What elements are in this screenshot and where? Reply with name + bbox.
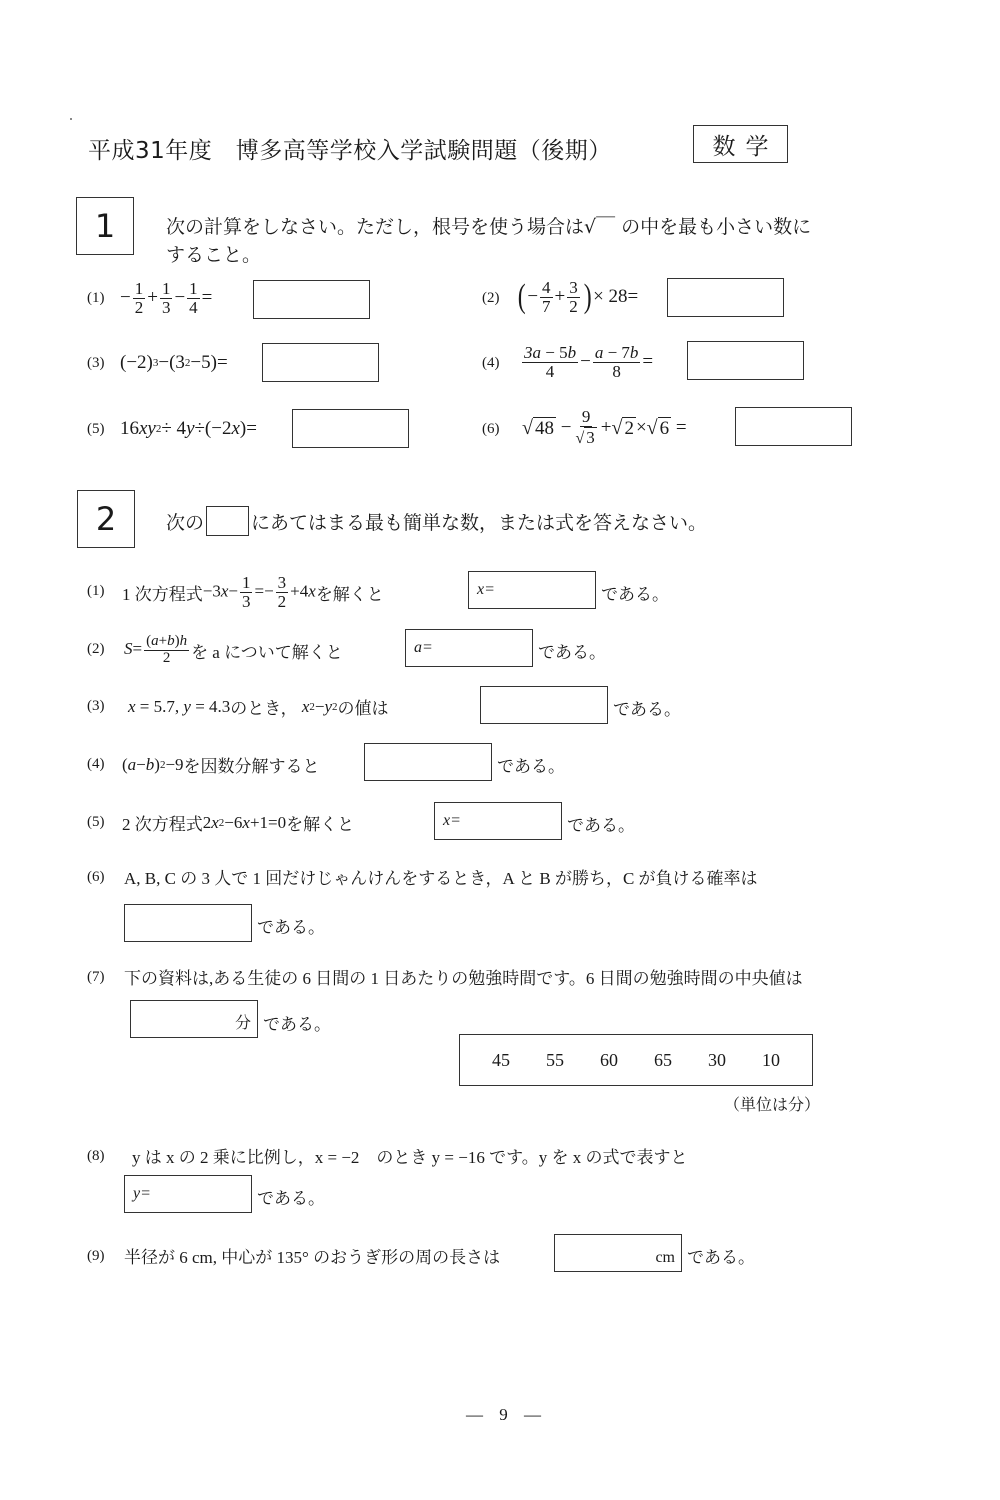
question-number: (5) (87, 814, 105, 831)
question-2-4-text: (a−b)2−9を因数分解すると (122, 752, 320, 777)
question-number: (3) (87, 698, 105, 715)
study-time-data-table: 45 55 60 65 30 10 (459, 1034, 813, 1086)
answer-prefix: x= (435, 803, 561, 839)
question-number: (2) (482, 290, 500, 307)
question-2-9-text: 半径が 6 cm, 中心が 135° のおうぎ形の周の長さは (124, 1243, 500, 1268)
question-number: (1) (87, 290, 105, 307)
question-number: (9) (87, 1248, 105, 1265)
unit-note: （単位は分） (724, 1092, 820, 1115)
instruction-text: の中を最も小さい数に (615, 216, 811, 238)
question-number: (6) (87, 869, 105, 886)
answer-box-2-3[interactable] (480, 686, 608, 724)
answer-box-2-6[interactable] (124, 904, 252, 942)
answer-box-2-4[interactable] (364, 743, 492, 781)
question-number: (8) (87, 1148, 105, 1165)
answer-box-2-8[interactable]: y= (124, 1175, 252, 1213)
answer-box-1-5[interactable] (292, 409, 409, 448)
question-text: 1 次方程式 (122, 580, 203, 605)
answer-box-1-6[interactable] (735, 407, 852, 446)
answer-box-1-4[interactable] (687, 341, 804, 380)
answer-prefix: x= (469, 572, 595, 608)
question-1-1-expression: −12+13−14= (120, 276, 212, 320)
question-2-5-text: 2 次方程式 2x2−6x+1=0 を解くと (122, 810, 354, 835)
question-1-5-expression: 16xy2÷ 4y÷(−2x)= (120, 416, 257, 442)
answer-prefix: a= (406, 630, 532, 666)
page-number: — 9 — (466, 1405, 547, 1425)
question-2-6-text: A, B, C の 3 人で 1 回だけじゃんけんをするとき，A と B が勝ち… (124, 864, 758, 889)
question-number: (4) (482, 355, 500, 372)
answer-box-2-5[interactable]: x= (434, 802, 562, 840)
question-number: (2) (87, 641, 105, 658)
answer-box-1-3[interactable] (262, 343, 379, 382)
instruction-text: 次の (166, 508, 204, 535)
question-1-2-expression: (−47+32)× 28= (516, 274, 638, 320)
question-suffix: である。 (601, 580, 669, 605)
question-number: (1) (87, 583, 105, 600)
section-1-instruction-line2: すること。 (166, 240, 261, 267)
instruction-blank-box (206, 506, 249, 536)
answer-box-2-2[interactable]: a= (405, 629, 533, 667)
question-suffix: である。 (613, 695, 681, 720)
answer-prefix: y= (125, 1176, 251, 1212)
question-2-7-text: 下の資料は,ある生徒の 6 日間の 1 日あたりの勉強時間です。6 日間の勉強時… (124, 964, 803, 989)
question-number: (3) (87, 355, 105, 372)
question-1-4-expression: 3a − 5b4−a − 7b8= (520, 340, 653, 384)
answer-box-1-1[interactable] (253, 280, 370, 319)
answer-unit: cm (655, 1249, 675, 1267)
question-text: を因数分解すると (184, 752, 320, 777)
question-suffix: である。 (257, 1184, 325, 1209)
answer-box-1-2[interactable] (667, 278, 784, 317)
question-number: (4) (87, 756, 105, 773)
question-number: (5) (87, 421, 105, 438)
question-number: (6) (482, 421, 500, 438)
instruction-text: にあてはまる最も簡単な数，または式を答えなさい。 (251, 508, 707, 535)
instruction-text: 次の計算をしなさい。ただし，根号を使う場合は (166, 216, 584, 238)
section-1-number: 1 (76, 197, 134, 255)
answer-box-2-7[interactable]: 分 (130, 1000, 258, 1038)
data-value: 10 (762, 1050, 780, 1071)
question-1-6-expression: √48 −9√3+√2×√6 = (522, 404, 687, 452)
section-2-number: 2 (77, 490, 135, 548)
data-value: 45 (492, 1050, 510, 1071)
data-value: 60 (600, 1050, 618, 1071)
question-suffix: である。 (567, 811, 635, 836)
answer-box-2-1[interactable]: x= (468, 571, 596, 609)
question-number: (7) (87, 969, 105, 986)
data-value: 65 (654, 1050, 672, 1071)
section-2-instruction: 次の にあてはまる最も簡単な数，または式を答えなさい。 (166, 506, 707, 536)
answer-box-2-9[interactable]: cm (554, 1234, 682, 1272)
question-2-2-text: S=(a+b)h2 を a について解くと (124, 628, 343, 672)
sqrt-symbol: √￣ (584, 216, 615, 238)
section-1-instruction-line1: 次の計算をしなさい。ただし，根号を使う場合は√￣ の中を最も小さい数に (166, 212, 811, 239)
data-value: 55 (546, 1050, 564, 1071)
question-text: を a について解くと (191, 638, 343, 663)
question-text: を解くと (286, 810, 354, 835)
subject-label: 数学 (693, 125, 788, 163)
question-text: の値は (338, 694, 389, 719)
scan-speck (70, 118, 72, 120)
question-suffix: である。 (257, 913, 325, 938)
exam-title: 平成31年度 博多高等学校入学試験問題（後期） (88, 132, 612, 165)
question-2-1-text: 1 次方程式 −3x−13=−32+4x を解くと (122, 570, 384, 614)
question-1-3-expression: (−2)3−(32−5)= (120, 350, 228, 376)
question-text: のとき， (230, 694, 297, 719)
question-suffix: である。 (538, 638, 606, 663)
question-2-8-text: y は x の 2 乗に比例し，x = −2 のとき y = −16 です。y … (132, 1143, 688, 1168)
answer-unit: 分 (235, 1010, 251, 1033)
question-2-3-text: x = 5.7, y = 4.3 のとき， x2−y2 の値は (128, 694, 389, 719)
question-suffix: である。 (687, 1243, 755, 1268)
question-text: を解くと (316, 580, 384, 605)
question-suffix: である。 (263, 1010, 331, 1035)
question-text: 2 次方程式 (122, 810, 203, 835)
data-value: 30 (708, 1050, 726, 1071)
question-suffix: である。 (497, 752, 565, 777)
